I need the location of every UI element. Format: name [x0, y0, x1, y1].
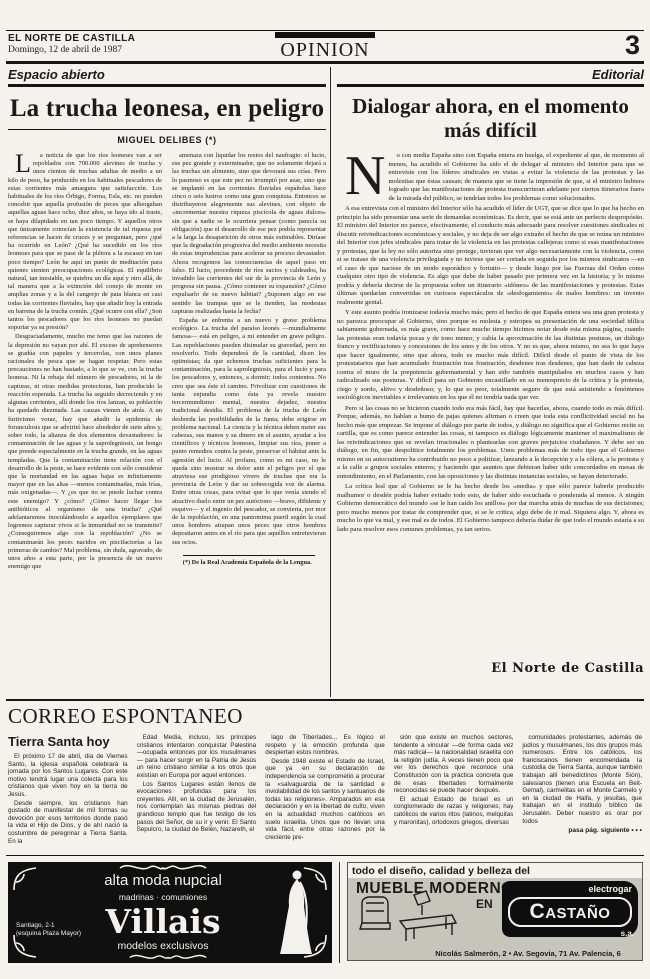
letter-paragraph: lago de Tiberíades... Es lógico el respe…: [265, 734, 385, 757]
letter-paragraph: comunidades protestantes, además de judí…: [522, 734, 642, 825]
top-rule: [6, 30, 644, 31]
ad-villais: alta moda nupcial madrinas · comuniones …: [8, 862, 332, 963]
dateline: Domingo, 12 de abril de 1987: [8, 45, 122, 55]
kicker-rule: [337, 84, 644, 87]
continuation-note: pasa pág. siguiente • • •: [522, 827, 642, 834]
column-divider: [330, 67, 331, 697]
section-bar: [275, 32, 375, 38]
kicker-editorial: Editorial: [337, 67, 644, 82]
article-byline: MIGUEL DELIBES (*): [8, 135, 326, 145]
ad-castano-tagline: todo el diseño, calidad y belleza del: [348, 863, 642, 878]
bride-silhouette-icon: [276, 868, 318, 956]
editorial-body: No con media España sino con España ente…: [337, 152, 644, 657]
ad-castano-sa: s.a.: [621, 929, 634, 938]
editorial-paragraph: No con media España sino con España ente…: [337, 152, 644, 203]
furniture-illustration-icon: [356, 889, 471, 943]
page-number: 3: [625, 30, 640, 61]
letter-paragraph: Desde siempre, los cristianos han gustad…: [8, 800, 128, 846]
correo-column-5: comunidades protestantes, además de judí…: [522, 734, 642, 850]
ad-castano: todo el diseño, calidad y belleza del MU…: [347, 862, 643, 961]
editorial-article: Editorial Dialogar ahora, en el momento …: [337, 67, 644, 697]
correo-columns: Tierra Santa hoy El próximo 17 de abril,…: [8, 734, 642, 850]
editorial-paragraph: Y este asunto podría ironizarse todavía …: [337, 309, 644, 403]
letter-paragraph: Edad Media, incluso, los príncipes crist…: [137, 734, 257, 780]
ad-castano-electrogar: electrogar: [588, 884, 632, 894]
letter-paragraph: El próximo 17 de abril, día de Viernes S…: [8, 753, 128, 799]
ad-villais-line3: modelos exclusivos: [78, 940, 248, 952]
headline-rule: [8, 129, 326, 130]
ad-villais-address: Santiago, 2-1 (esquina Plaza Mayor): [16, 922, 81, 938]
article-paragraph: amenaza con liquidar los restos del nauf…: [172, 152, 326, 316]
correo-column-3: lago de Tiberíades... Es lógico el respe…: [265, 734, 385, 850]
ad-castano-logo-capsule: CASTAÑO: [508, 897, 632, 927]
ad-villais-inner: alta moda nupcial madrinas · comuniones …: [8, 862, 332, 963]
ad-villais-address-line2: (esquina Plaza Mayor): [16, 930, 81, 938]
kicker-rule: [8, 84, 326, 87]
article-paragraph: La noticia de que los ríos leoneses van …: [8, 152, 162, 332]
editorial-paragraph: La crítica leal que al Gobierno se le ha…: [337, 483, 644, 534]
section-title: OPINION: [230, 39, 420, 62]
article-espacio-abierto: Espacio abierto La trucha leonesa, en pe…: [8, 67, 326, 697]
ad-castano-logo: electrogar CASTAÑO s.a.: [502, 881, 638, 937]
ad-villais-address-line1: Santiago, 2-1: [16, 922, 81, 930]
article-body: La noticia de que los ríos leoneses van …: [8, 152, 326, 680]
letter-headline: Tierra Santa hoy: [8, 734, 128, 749]
correo-column-4: sión que existe en muchos sectores, tend…: [394, 734, 514, 850]
ornament-flourish-icon: [128, 953, 208, 962]
letter-paragraph: sión que existe en muchos sectores, tend…: [394, 734, 514, 795]
ad-villais-line2: madrinas · comuniones: [78, 892, 248, 902]
ads-divider: [339, 862, 340, 963]
masthead: EL NORTE DE CASTILLA: [8, 33, 135, 44]
ad-villais-line1: alta moda nupcial: [78, 872, 248, 889]
ad-castano-en: EN: [476, 897, 493, 911]
editorial-paragraph: Pero si las cosas no se hicieron cuando …: [337, 405, 644, 482]
correo-section-title: CORREO ESPONTANEO: [8, 704, 642, 729]
ad-castano-brand: CASTAÑO: [530, 900, 611, 924]
correo-column-1: Tierra Santa hoy El próximo 17 de abril,…: [8, 734, 128, 850]
article-column-2: amenaza con liquidar los restos del nauf…: [172, 152, 326, 680]
ads-rule: [6, 855, 644, 856]
letter-paragraph: Los Santos Lugares están llenos de evoca…: [137, 781, 257, 834]
correo-espontaneo-section: CORREO ESPONTANEO Tierra Santa hoy El pr…: [8, 704, 642, 852]
article-headline: La trucha leonesa, en peligro: [8, 95, 326, 123]
article-paragraph: España se enfrenta a un nuevo y grave pr…: [172, 317, 326, 547]
kicker-espacio-abierto: Espacio abierto: [8, 67, 326, 82]
correo-column-2: Edad Media, incluso, los príncipes crist…: [137, 734, 257, 850]
editorial-signature: El Norte de Castilla: [337, 661, 644, 676]
newspaper-page: EL NORTE DE CASTILLA Domingo, 12 de abri…: [0, 0, 650, 979]
editorial-headline: Dialogar ahora, en el momento más difíci…: [341, 94, 640, 142]
ornament-corner-icon: [12, 866, 38, 892]
editorial-paragraph: A esa entrevista con el ministro del Int…: [337, 205, 644, 307]
article-paragraph: Desgraciadamente, mucho me temo que las …: [8, 333, 162, 571]
header-rule: [6, 61, 644, 64]
ad-castano-address: Nicolás Salmerón, 2 • Av. Segovia, 71 Av…: [418, 949, 638, 958]
article-column-1: La noticia de que los ríos leoneses van …: [8, 152, 162, 680]
section-rule: [6, 699, 644, 701]
article-footnote: (*) De la Real Academia Española de la L…: [183, 555, 315, 567]
ad-villais-brand: Villais: [63, 902, 263, 941]
letter-paragraph: Desde 1948 existe el Estado de Israel, q…: [265, 758, 385, 842]
letter-paragraph: El actual Estado de Israel es un conglom…: [394, 796, 514, 826]
